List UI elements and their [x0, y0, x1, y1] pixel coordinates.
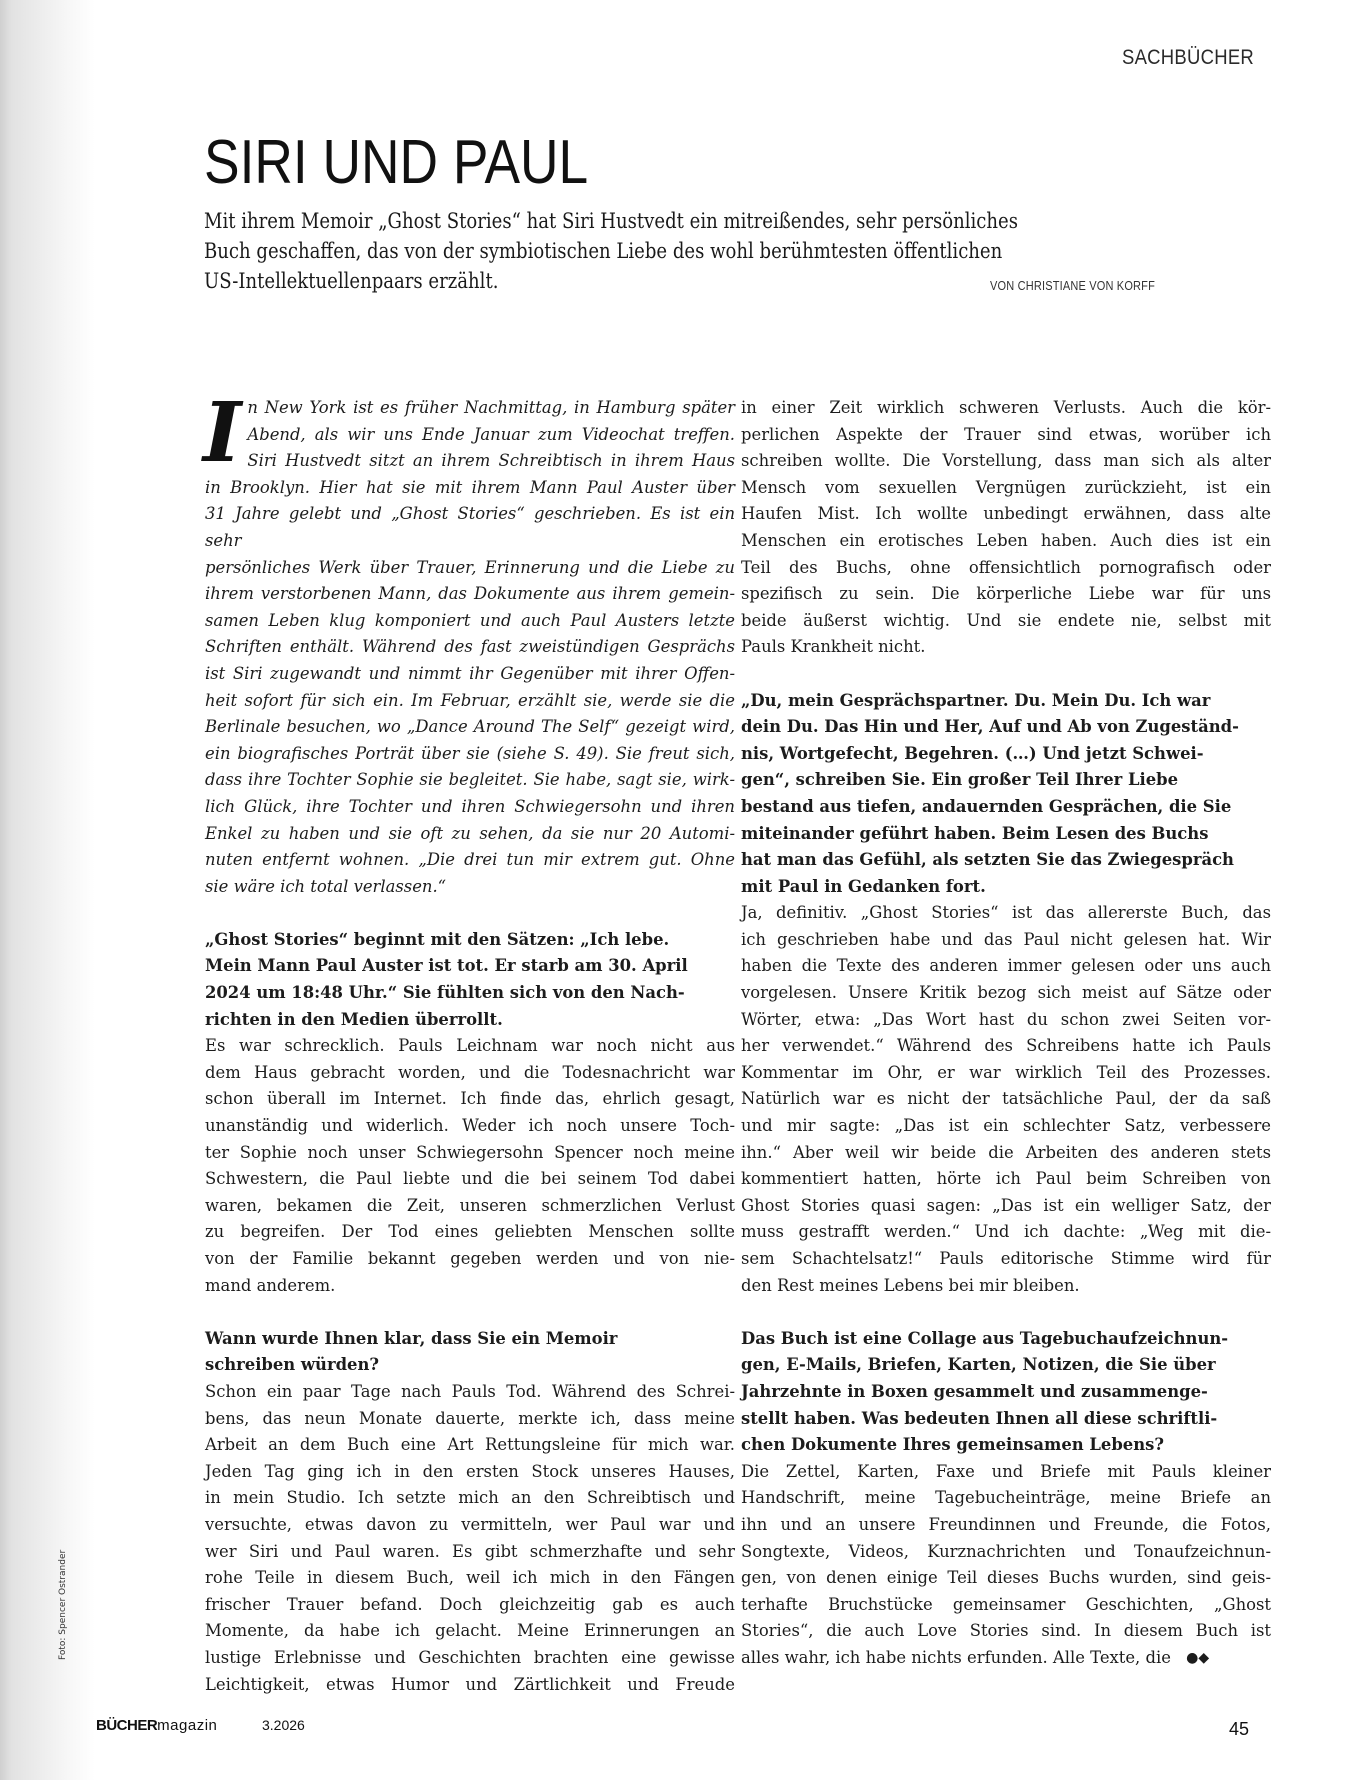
- article-title: SIRI UND PAUL: [204, 132, 588, 194]
- intro-line: sie wäre ich total verlassen.“: [205, 874, 735, 901]
- intro-line: persönliches Werk über Trauer, Erinnerun…: [205, 555, 735, 582]
- article-column-right: in einer Zeit wirklich schweren Verlusts…: [741, 395, 1271, 1672]
- answer-line: Pauls Krankheit nicht.: [741, 634, 1271, 661]
- intro-line: Schriften enthält. Während des fast zwei…: [205, 634, 735, 661]
- answer-line: Handschrift, meine Tagebucheinträge, mei…: [741, 1485, 1271, 1512]
- answer-line: Ghost Stories quasi sagen: „Das ist ein …: [741, 1193, 1271, 1220]
- answer-line: versuchte, etwas davon zu vermitteln, we…: [205, 1512, 735, 1539]
- answer-line: ihn.“ Aber weil wir beide die Arbeiten d…: [741, 1140, 1271, 1167]
- answer-line: muss gestrafft werden.“ Und ich dachte: …: [741, 1219, 1271, 1246]
- intro-paragraph: I n New York ist es früher Nachmittag, i…: [205, 395, 735, 900]
- answer-line: wer Siri und Paul waren. Es gibt schmerz…: [205, 1539, 735, 1566]
- answer-line-final: alles wahr, ich habe nichts erfunden. Al…: [741, 1645, 1271, 1672]
- answer-line: in mein Studio. Ich setzte mich an den S…: [205, 1485, 735, 1512]
- question-2: Wann wurde Ihnen klar, dass Sie ein Memo…: [205, 1326, 735, 1379]
- answer-2: Schon ein paar Tage nach Pauls Tod. Währ…: [205, 1379, 735, 1698]
- intro-line: in Brooklyn. Hier hat sie mit ihrem Mann…: [205, 475, 735, 502]
- continue-arrow-icon: ●◆: [1186, 1645, 1209, 1672]
- intro-line: heit sofort für sich ein. Im Februar, er…: [205, 688, 735, 715]
- answer-line: ihn und an unsere Freundinnen und Freund…: [741, 1512, 1271, 1539]
- answer-line: schon überall im Internet. Ich finde das…: [205, 1086, 735, 1113]
- byline: VON CHRISTIANE VON KORFF: [990, 279, 1155, 293]
- question-line: chen Dokumente Ihres gemeinsamen Lebens?: [741, 1432, 1271, 1459]
- answer-line: Teil des Buchs, ohne offensichtlich porn…: [741, 555, 1271, 582]
- answer-line: haben die Texte des anderen immer gelese…: [741, 953, 1271, 980]
- intro-line: Abend, als wir uns Ende Januar zum Video…: [205, 422, 735, 449]
- question-line: Das Buch ist eine Collage aus Tagebuchau…: [741, 1326, 1271, 1353]
- question-line: 2024 um 18:48 Uhr.“ Sie fühlten sich von…: [205, 980, 735, 1007]
- paragraph-gap: [205, 900, 735, 927]
- answer-1: Es war schrecklich. Pauls Leichnam war n…: [205, 1033, 735, 1299]
- page-number: 45: [1229, 1719, 1249, 1740]
- answer-line: und mir sagte: „Das ist ein schlechter S…: [741, 1113, 1271, 1140]
- answer-line: Schwestern, die Paul liebte und die bei …: [205, 1166, 735, 1193]
- question-line: Wann wurde Ihnen klar, dass Sie ein Memo…: [205, 1326, 735, 1353]
- lede-line: Mit ihrem Memoir „Ghost Stories“ hat Sir…: [204, 206, 1193, 236]
- answer-line-text: alles wahr, ich habe nichts erfunden. Al…: [741, 1648, 1171, 1667]
- answer-line: terhafte Bruchstücke gemeinsamer Geschic…: [741, 1592, 1271, 1619]
- question-line: „Ghost Stories“ beginnt mit den Sätzen: …: [205, 927, 735, 954]
- intro-line: ein biografisches Porträt über sie (sieh…: [205, 741, 735, 768]
- question-3: „Du, mein Gesprächspartner. Du. Mein Du.…: [741, 688, 1271, 901]
- question-4: Das Buch ist eine Collage aus Tagebuchau…: [741, 1326, 1271, 1459]
- question-1: „Ghost Stories“ beginnt mit den Sätzen: …: [205, 927, 735, 1033]
- answer-line: Momente, da habe ich gelacht. Meine Erin…: [205, 1618, 735, 1645]
- intro-line: Siri Hustvedt sitzt an ihrem Schreibtisc…: [205, 448, 735, 475]
- answer-line: sem Schachtelsatz!“ Pauls editorische St…: [741, 1246, 1271, 1273]
- answer-4: Die Zettel, Karten, Faxe und Briefe mit …: [741, 1459, 1271, 1672]
- answer-2-continued: in einer Zeit wirklich schweren Verlusts…: [741, 395, 1271, 661]
- answer-line: Haufen Mist. Ich wollte unbedingt erwähn…: [741, 501, 1271, 528]
- answer-line: spezifisch zu sein. Die körperliche Lieb…: [741, 581, 1271, 608]
- section-label: SACHBÜCHER: [1122, 46, 1254, 70]
- article-column-left: I n New York ist es früher Nachmittag, i…: [205, 395, 735, 1698]
- answer-line: her verwendet.“ Während des Schreibens h…: [741, 1033, 1271, 1060]
- answer-line: von der Familie bekannt gegeben werden u…: [205, 1246, 735, 1273]
- lede-line: Buch geschaffen, das von der symbiotisch…: [204, 236, 1193, 266]
- page-gutter-shadow: [0, 0, 95, 1780]
- paragraph-gap: [741, 1299, 1271, 1326]
- question-line: Mein Mann Paul Auster ist tot. Er starb …: [205, 953, 735, 980]
- intro-line: samen Leben klug komponiert und auch Pau…: [205, 608, 735, 635]
- intro-line: nuten entfernt wohnen. „Die drei tun mir…: [205, 847, 735, 874]
- answer-line: Stories“, die auch Love Stories sind. In…: [741, 1618, 1271, 1645]
- question-line: stellt haben. Was bedeuten Ihnen all die…: [741, 1406, 1271, 1433]
- answer-line: Menschen ein erotisches Leben haben. Auc…: [741, 528, 1271, 555]
- answer-line: schreiben wollte. Die Vorstellung, dass …: [741, 448, 1271, 475]
- answer-line: Es war schrecklich. Pauls Leichnam war n…: [205, 1033, 735, 1060]
- intro-line: ist Siri zugewandt und nimmt ihr Gegenüb…: [205, 661, 735, 688]
- question-line: schreiben würden?: [205, 1352, 735, 1379]
- answer-line: Leichtigkeit, etwas Humor und Zärtlichke…: [205, 1672, 735, 1699]
- answer-line: ter Sophie noch unser Schwiegersohn Spen…: [205, 1140, 735, 1167]
- intro-line: dass ihre Tochter Sophie sie begleitet. …: [205, 767, 735, 794]
- answer-line: Kommentar im Ohr, er war wirklich Teil d…: [741, 1060, 1271, 1087]
- answer-line: beide äußerst wichtig. Und sie endete ni…: [741, 608, 1271, 635]
- question-line: dein Du. Das Hin und Her, Auf und Ab von…: [741, 714, 1271, 741]
- paragraph-gap: [741, 661, 1271, 688]
- answer-line: Wörter, etwa: „Das Wort hast du schon zw…: [741, 1007, 1271, 1034]
- answer-line: Arbeit an dem Buch eine Art Rettungslein…: [205, 1432, 735, 1459]
- answer-line: in einer Zeit wirklich schweren Verlusts…: [741, 395, 1271, 422]
- answer-line: frischer Trauer befand. Doch gleichzeiti…: [205, 1592, 735, 1619]
- question-line: miteinander geführt haben. Beim Lesen de…: [741, 821, 1271, 848]
- answer-line: Jeden Tag ging ich in den ersten Stock u…: [205, 1459, 735, 1486]
- issue-number: 3.2026: [262, 1717, 305, 1733]
- question-line: richten in den Medien überrollt.: [205, 1007, 735, 1034]
- logo-bold-part: BÜCHER: [96, 1717, 157, 1734]
- answer-line: Schon ein paar Tage nach Pauls Tod. Währ…: [205, 1379, 735, 1406]
- answer-line: ich geschrieben habe und das Paul nicht …: [741, 927, 1271, 954]
- answer-line: waren, bekamen die Zeit, unseren schmerz…: [205, 1193, 735, 1220]
- photo-credit: Foto: Spencer Ostrander: [58, 1550, 68, 1660]
- question-line: nis, Wortgefecht, Begehren. (…) Und jetz…: [741, 741, 1271, 768]
- answer-line: Ja, definitiv. „Ghost Stories“ ist das a…: [741, 900, 1271, 927]
- answer-line: unanständig und widerlich. Weder ich noc…: [205, 1113, 735, 1140]
- intro-line: 31 Jahre gelebt und „Ghost Stories“ gesc…: [205, 501, 735, 554]
- paragraph-gap: [205, 1299, 735, 1326]
- question-line: Jahrzehnte in Boxen gesammelt und zusamm…: [741, 1379, 1271, 1406]
- answer-line: vorgelesen. Unsere Kritik bezog sich mei…: [741, 980, 1271, 1007]
- answer-line: Mensch vom sexuellen Vergnügen zurückzie…: [741, 475, 1271, 502]
- answer-line: den Rest meines Lebens bei mir bleiben.: [741, 1273, 1271, 1300]
- logo-light-part: magazin: [157, 1717, 217, 1734]
- answer-line: Natürlich war es nicht der tatsächliche …: [741, 1086, 1271, 1113]
- answer-line: kommentiert hatten, hörte ich Paul beim …: [741, 1166, 1271, 1193]
- answer-line: rohe Teile in diesem Buch, weil ich mich…: [205, 1565, 735, 1592]
- answer-3: Ja, definitiv. „Ghost Stories“ ist das a…: [741, 900, 1271, 1299]
- intro-line: Berlinale besuchen, wo „Dance Around The…: [205, 714, 735, 741]
- question-line: gen, E-Mails, Briefen, Karten, Notizen, …: [741, 1352, 1271, 1379]
- magazine-logo: BÜCHERmagazin: [96, 1717, 217, 1734]
- question-line: gen“, schreiben Sie. Ein großer Teil Ihr…: [741, 767, 1271, 794]
- drop-cap: I: [203, 399, 241, 467]
- answer-line: mand anderem.: [205, 1273, 735, 1300]
- answer-line: Songtexte, Videos, Kurznachrichten und T…: [741, 1539, 1271, 1566]
- intro-line: lich Glück, ihre Tochter und ihren Schwi…: [205, 794, 735, 821]
- question-line: mit Paul in Gedanken fort.: [741, 874, 1271, 901]
- answer-line: bens, das neun Monate dauerte, merkte ic…: [205, 1406, 735, 1433]
- intro-line: n New York ist es früher Nachmittag, in …: [205, 395, 735, 422]
- question-line: „Du, mein Gesprächspartner. Du. Mein Du.…: [741, 688, 1271, 715]
- intro-line: Enkel zu haben und sie oft zu sehen, da …: [205, 821, 735, 848]
- intro-line: ihrem verstorbenen Mann, das Dokumente a…: [205, 581, 735, 608]
- answer-line: gen, von denen einige Teil dieses Buchs …: [741, 1565, 1271, 1592]
- question-line: hat man das Gefühl, als setzten Sie das …: [741, 847, 1271, 874]
- answer-line: Die Zettel, Karten, Faxe und Briefe mit …: [741, 1459, 1271, 1486]
- question-line: bestand aus tiefen, andauernden Gespräch…: [741, 794, 1271, 821]
- answer-line: dem Haus gebracht worden, und die Todesn…: [205, 1060, 735, 1087]
- answer-line: perlichen Aspekte der Trauer sind etwas,…: [741, 422, 1271, 449]
- answer-line: zu begreifen. Der Tod eines geliebten Me…: [205, 1219, 735, 1246]
- answer-line: lustige Erlebnisse und Geschichten brach…: [205, 1645, 735, 1672]
